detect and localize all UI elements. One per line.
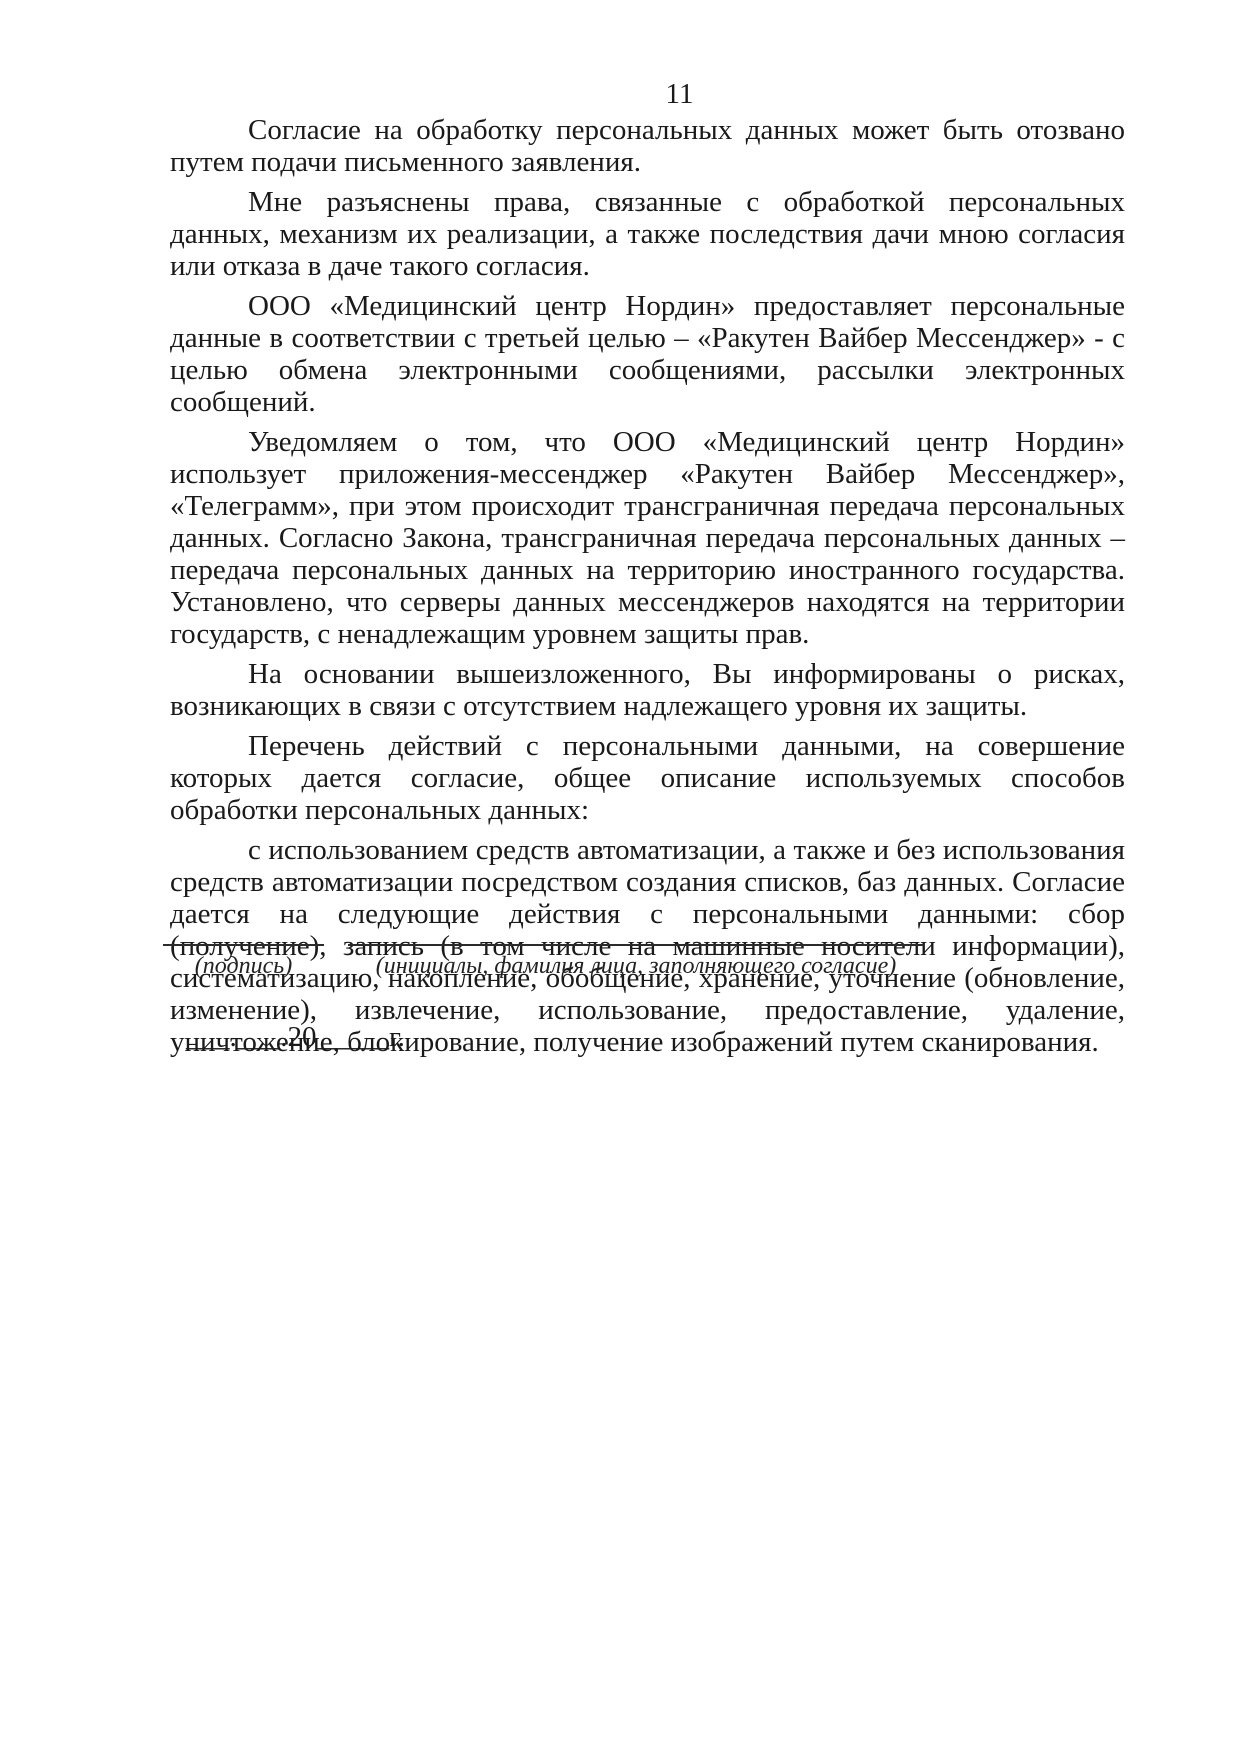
signature-line <box>163 944 324 946</box>
paragraph-actions-list-intro: Перечень действий с персональными данным… <box>170 730 1125 826</box>
initials-label: (инициалы, фамилия лица, заполняющего со… <box>348 952 924 980</box>
signature-label: (подпись) <box>163 952 324 980</box>
paragraph-consent-withdrawal: Согласие на обработку персональных данны… <box>170 114 1125 178</box>
paragraph-messengers-crossborder: Уведомляем о том, что ООО «Медицинский ц… <box>170 426 1125 650</box>
paragraph-risk-notice: На основании вышеизложенного, Вы информи… <box>170 658 1125 722</box>
document-page: 11 Согласие на обработку персональных да… <box>0 0 1241 1755</box>
date-fill-in-line: ___.___.20_____г. <box>186 1020 405 1054</box>
paragraph-rights-explained: Мне разъяснены права, связанные с обрабо… <box>170 186 1125 282</box>
paragraph-third-party-transfer: ООО «Медицинский центр Нордин» предостав… <box>170 290 1125 418</box>
document-content: 11 Согласие на обработку персональных да… <box>170 78 1125 1066</box>
page-number: 11 <box>170 78 1125 110</box>
initials-line <box>348 944 924 946</box>
